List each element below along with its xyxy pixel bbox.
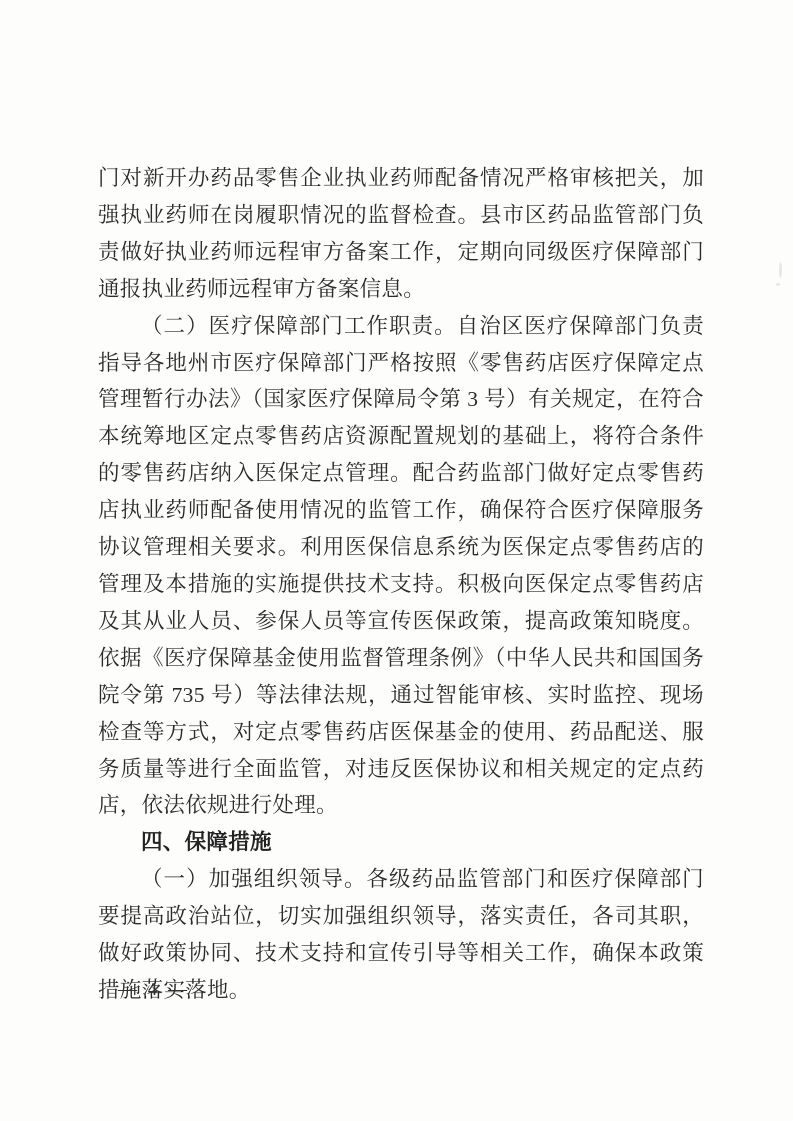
paragraph-text: 门对新开办药品零售企业执业药师配备情况严格审核把关，加强执业药师在岗履职情况的监… <box>98 166 704 301</box>
page-number: — 4 — <box>118 978 190 1002</box>
document-text-block: 门对新开办药品零售企业执业药师配备情况严格审核把关，加强执业药师在岗履职情况的监… <box>98 160 704 1009</box>
scan-artifact <box>776 283 780 286</box>
paragraph-lead: （二）医疗保障部门工作职责。 <box>141 314 457 338</box>
paragraph-continuation: 门对新开办药品零售企业执业药师配备情况严格审核把关，加强执业药师在岗履职情况的监… <box>98 160 704 308</box>
paragraph-duty-medical-insurance: （二）医疗保障部门工作职责。自治区医疗保障部门负责指导各地州市医疗保障部门严格按… <box>98 308 704 825</box>
scan-artifact <box>779 262 782 278</box>
paragraph-lead: （一）加强组织领导。 <box>141 867 367 891</box>
document-page: 门对新开办药品零售企业执业药师配备情况严格审核把关，加强执业药师在岗履职情况的监… <box>0 0 793 1121</box>
paragraph-text: 自治区医疗保障部门负责指导各地州市医疗保障部门严格按照《零售药店医疗保障定点管理… <box>98 314 704 818</box>
section-heading-safeguard-measures: 四、保障措施 <box>98 824 704 861</box>
